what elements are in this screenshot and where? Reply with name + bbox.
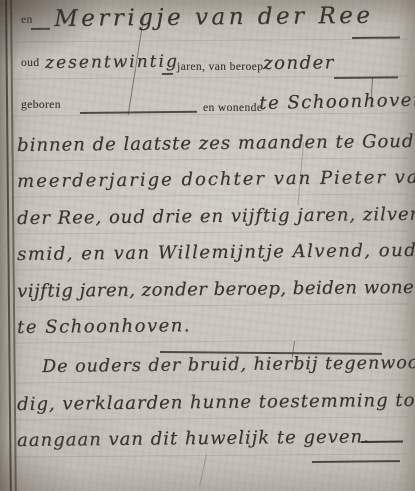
- handwritten-woonplaats: te Schoonhoven,: [259, 89, 415, 114]
- handwritten-body-line: meerderjarige dochter van Pieter van: [17, 167, 415, 192]
- filler-line: [361, 441, 403, 443]
- document-page: en Merrigje van der Ree oud zesentwintig…: [0, 0, 415, 491]
- filler-line: [334, 76, 398, 78]
- handwritten-body-line: te Schoonhoven.: [17, 315, 191, 338]
- handwritten-age: zesentwintig: [45, 52, 179, 73]
- handwritten-beroep: zonder: [263, 52, 335, 74]
- ruled-line: [13, 339, 408, 343]
- printed-label-jaren-van-beroep: jaren, van beroep: [177, 61, 263, 73]
- filler-line: [312, 460, 400, 463]
- ink-stroke: [199, 454, 207, 487]
- ruled-line: [13, 230, 408, 234]
- handwritten-body-line: vijftig jaren, zonder beroep, beiden won…: [17, 276, 415, 302]
- ruled-line: [13, 193, 408, 197]
- handwritten-body-line: der Ree, oud drie en vijftig jaren, zilv…: [17, 204, 415, 229]
- ruled-line: [13, 303, 408, 307]
- ruled-line: [13, 157, 408, 161]
- filler-line: [31, 28, 50, 30]
- filler-line: [162, 73, 173, 75]
- ruled-line: [13, 453, 408, 457]
- ruled-line: [13, 266, 408, 270]
- filler-line: [80, 111, 197, 114]
- ruled-line: [13, 416, 408, 420]
- printed-label-oud: oud: [21, 57, 39, 69]
- handwritten-body-line: aangaan van dit huwelijk te geven.: [17, 426, 370, 451]
- handwritten-body-line: dig, verklaarden hunne toestemming tot h…: [17, 389, 415, 415]
- handwritten-body-line: smid, en van Willemijntje Alvend, oud: [17, 240, 415, 265]
- handwritten-bride-name: Merrigje van der Ree: [54, 3, 374, 32]
- ruled-line: [13, 38, 408, 42]
- printed-label-en: en: [21, 14, 33, 26]
- ruled-line: [13, 379, 408, 383]
- handwritten-body-line: binnen de laatste zes maanden te Gouda,: [17, 131, 415, 156]
- printed-label-en-wonende: en wonende: [203, 102, 262, 114]
- handwritten-body-line: De ouders der bruid, hierbij tegenwoor-: [42, 353, 415, 377]
- printed-label-geboren: geboren: [21, 99, 61, 111]
